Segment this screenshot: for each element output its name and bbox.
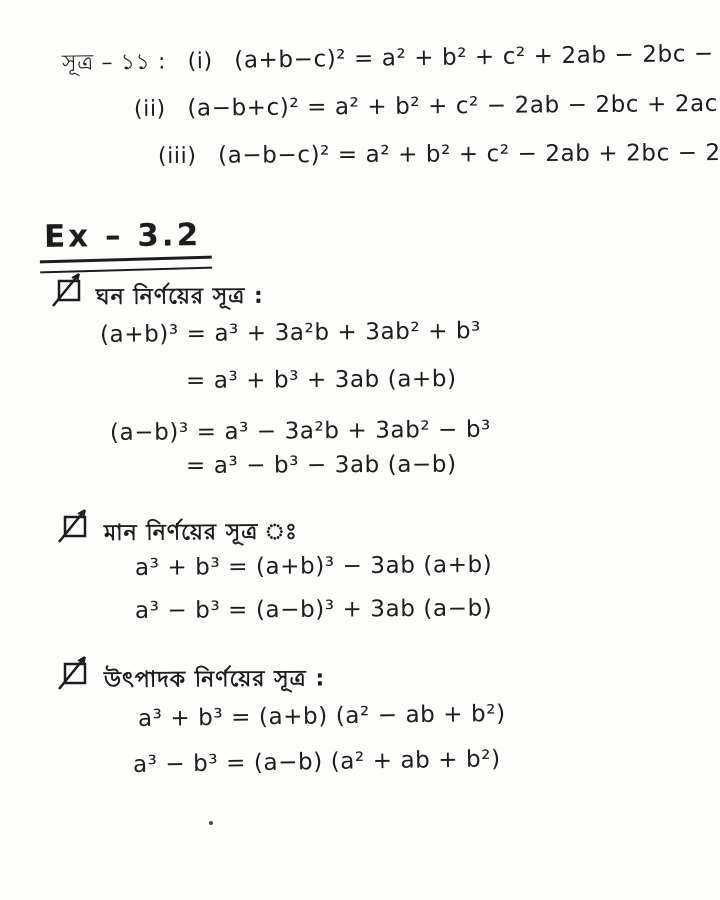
factor-formula-line: a³ − b³ = (a−b) (a² + ab + b²) xyxy=(133,746,501,778)
notebook-page: সূত্র – ১১ : (i) (a+b−c)² = a² + b² + c²… xyxy=(0,0,720,900)
value-formula-line: a³ − b³ = (a−b)³ + 3ab (a−b) xyxy=(135,596,492,624)
formula-item-number: (iii) xyxy=(158,144,197,169)
section-heading-value: মান নির্ণয়ের সূত্র ঃ xyxy=(104,515,298,553)
formula-line-i: সূত্র – ১১ : (i) (a+b−c)² = a² + b² + c²… xyxy=(62,36,720,83)
formula-line-ii: (ii) (a−b+c)² = a² + b² + c² − 2ab − 2bc… xyxy=(134,91,718,122)
crossed-checkbox-icon xyxy=(58,508,92,544)
formula-series-label: সূত্র – ১১ : xyxy=(62,50,166,76)
cube-formula-line: = a³ + b³ + 3ab (a+b) xyxy=(186,366,457,394)
cube-formula-line: (a+b)³ = a³ + 3a²b + 3ab² + b³ xyxy=(100,318,481,348)
ink-dot xyxy=(209,821,213,825)
section-heading-factor: উৎপাদক নির্ণয়ের সূত্র : xyxy=(104,661,326,700)
exercise-heading: Ex – 3.2 xyxy=(44,217,202,255)
formula-text: (a+b−c)² = a² + b² + c² + 2ab − 2bc − 2a… xyxy=(234,40,720,73)
formula-text: (a−b−c)² = a² + b² + c² − 2ab + 2bc − 2a… xyxy=(218,140,720,169)
formula-item-number: (ii) xyxy=(134,97,166,122)
formula-text: (a−b+c)² = a² + b² + c² − 2ab − 2bc + 2a… xyxy=(187,91,718,122)
crossed-checkbox-icon xyxy=(52,272,86,308)
factor-formula-line: a³ + b³ = (a+b) (a² − ab + b²) xyxy=(138,701,506,732)
formula-line-iii: (iii) (a−b−c)² = a² + b² + c² − 2ab + 2b… xyxy=(158,140,720,169)
crossed-checkbox-icon xyxy=(58,655,92,691)
formula-item-number: (i) xyxy=(187,49,212,74)
cube-formula-line: = a³ − b³ − 3ab (a−b) xyxy=(186,452,457,479)
cube-formula-line: (a−b)³ = a³ − 3a²b + 3ab² − b³ xyxy=(110,417,491,446)
value-formula-line: a³ + b³ = (a+b)³ − 3ab (a+b) xyxy=(135,552,493,581)
double-underline xyxy=(40,256,212,274)
section-heading-cube: ঘন নির্ণয়ের সূত্র : xyxy=(96,279,264,317)
